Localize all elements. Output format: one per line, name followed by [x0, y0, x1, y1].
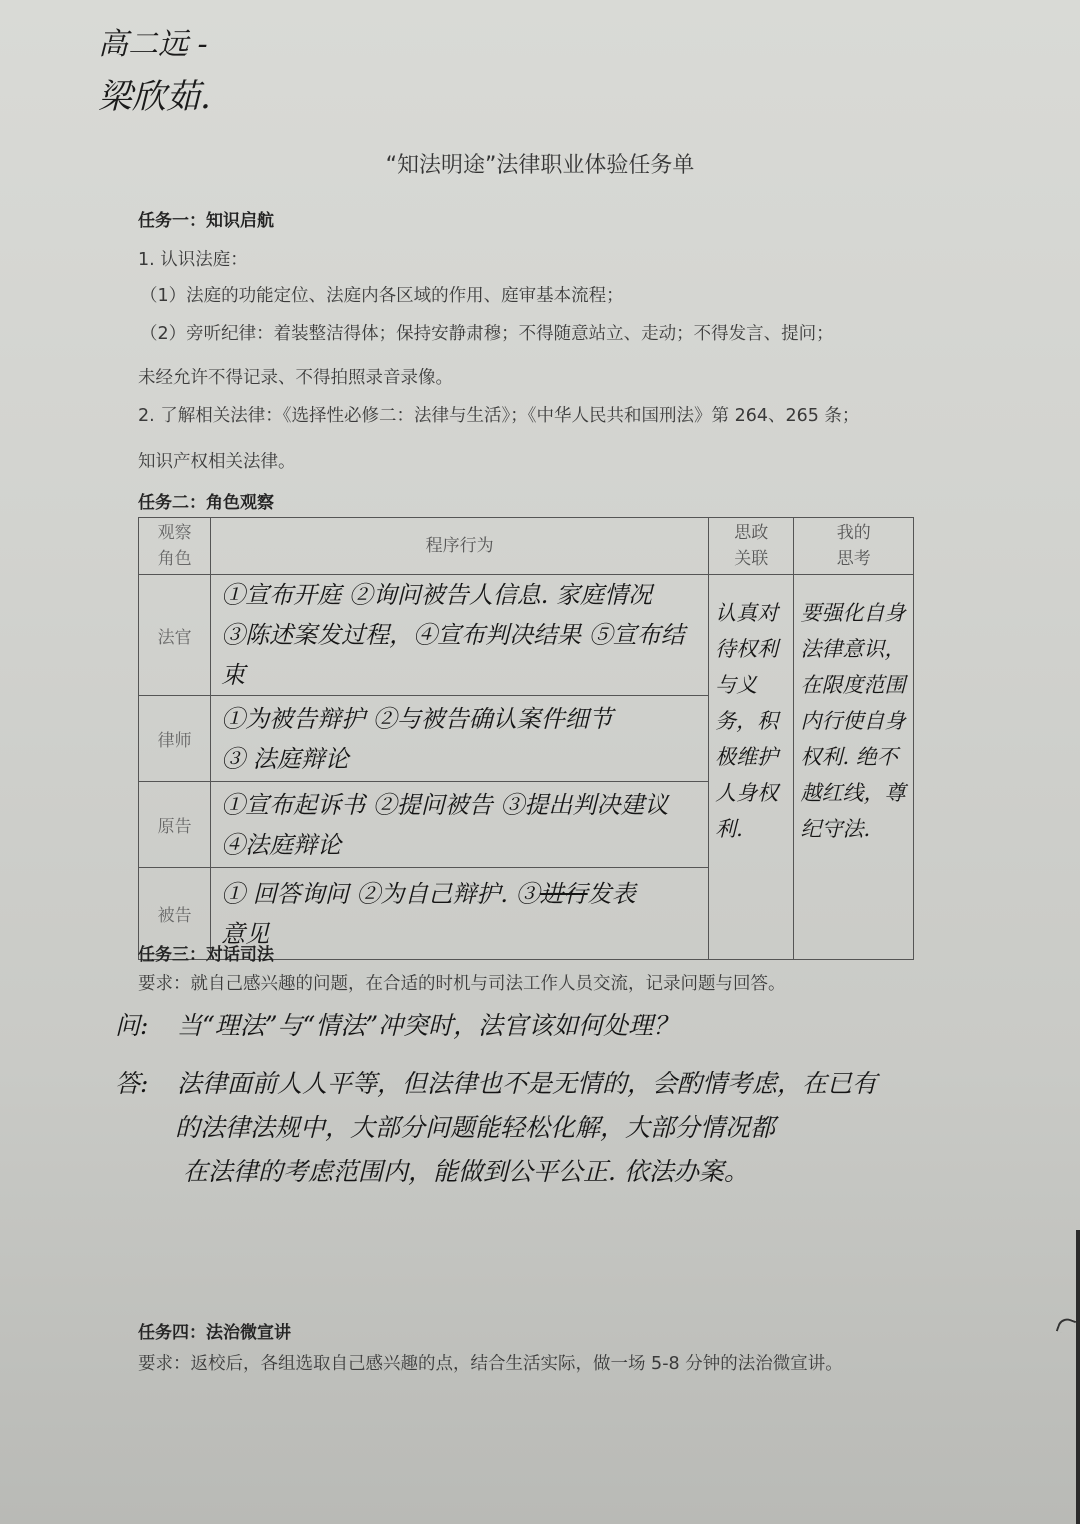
answer-label: 答: — [115, 1062, 177, 1106]
my-thinking-cell: 要强化自身法律意识，在限度范围内行使自身权利. 绝不越红线，尊纪守法. — [794, 575, 914, 960]
task1-item-4: 未经允许不得记录、不得拍照录音录像。 — [138, 364, 948, 389]
handwritten-student-name: 梁欣茹. — [98, 82, 211, 112]
header-procedure: 程序行为 — [211, 518, 709, 575]
header-ideology-line1: 思政 — [734, 523, 768, 543]
header-role-line2: 角色 — [158, 549, 192, 569]
header-thinking-line1: 我的 — [837, 523, 871, 543]
question-block: 问:当“理法”与“情法”冲突时，法官该如何处理？ — [115, 1006, 678, 1042]
answer-block: 答:法律面前人人平等，但法律也不是无情的，会酌情考虑，在已有 的法律法规中，大部… — [115, 1062, 915, 1194]
task3-requirement: 要求：就自己感兴趣的问题，在合适的时机与司法工作人员交流，记录问题与回答。 — [138, 970, 948, 995]
handwritten-class: 高二远 - — [98, 30, 211, 60]
header-thinking: 我的 思考 — [794, 518, 914, 575]
procedure-judge: ①宣布开庭 ②询问被告人信息. 家庭情况 ③陈述案发过程，④宣布判决结果 ⑤宣布… — [211, 575, 709, 696]
ideology-connection-cell: 认真对待权利与义务，积极维护人身权利. — [709, 575, 794, 960]
procedure-line: ①为被告辩护 ②与被告确认案件细节 — [221, 705, 613, 733]
handwritten-header: 高二远 - 梁欣茹. — [98, 30, 211, 112]
document-title: “知法明途”法律职业体验任务单 — [0, 148, 1080, 179]
table-row: 法官 ①宣布开庭 ②询问被告人信息. 家庭情况 ③陈述案发过程，④宣布判决结果 … — [139, 575, 914, 696]
header-ideology: 思政 关联 — [709, 518, 794, 575]
header-role-line1: 观察 — [158, 523, 192, 543]
task4-heading: 任务四：法治微宣讲 — [138, 1318, 291, 1343]
task1-item-6: 知识产权相关法律。 — [138, 448, 948, 473]
header-ideology-line2: 关联 — [734, 549, 768, 569]
task3-heading: 任务三：对话司法 — [138, 940, 274, 965]
header-thinking-line2: 思考 — [837, 549, 871, 569]
procedure-defendant: ① 回答询问 ②为自己辩护. ③进行发表 意见 — [211, 868, 709, 960]
role-lawyer: 律师 — [139, 696, 211, 782]
role-plaintiff: 原告 — [139, 782, 211, 868]
procedure-line: ①宣布起诉书 ②提问被告 ③提出判决建议 — [221, 791, 668, 819]
task1-item-1: 1. 认识法庭： — [138, 246, 948, 271]
answer-line: 在法律的考虑范围内，能做到公平公正. 依法办案。 — [115, 1150, 915, 1194]
procedure-line: ③陈述案发过程，④宣布判决结果 ⑤宣布结束 — [221, 621, 685, 689]
task1-item-3: （2）旁听纪律：着装整洁得体；保持安静肃穆；不得随意站立、走动；不得发言、提问； — [140, 320, 950, 345]
procedure-line: ①宣布开庭 ②询问被告人信息. 家庭情况 — [221, 581, 652, 609]
procedure-lawyer: ①为被告辩护 ②与被告确认案件细节 ③ 法庭辩论 — [211, 696, 709, 782]
role-observation-table: 观察 角色 程序行为 思政 关联 我的 思考 法官 ①宣布开庭 ②询问被告人信息… — [138, 517, 914, 960]
task1-item-5: 2. 了解相关法律：《选择性必修二：法律与生活》；《中华人民共和国刑法》第 26… — [138, 402, 948, 427]
task1-item-2: （1）法庭的功能定位、法庭内各区域的作用、庭审基本流程； — [140, 282, 950, 307]
answer-line: 答:法律面前人人平等，但法律也不是无情的，会酌情考虑，在已有 — [115, 1062, 915, 1106]
procedure-line: ① 回答询问 ②为自己辩护. ③ — [221, 880, 540, 908]
answer-line: 的法律法规中，大部分问题能轻松化解，大部分情况都 — [115, 1106, 915, 1150]
question-label: 问: — [115, 1006, 177, 1042]
procedure-line: ③ 法庭辩论 — [221, 745, 349, 773]
task4-requirement: 要求：返校后，各组选取自己感兴趣的点，结合生活实际，做一场 5-8 分钟的法治微… — [138, 1350, 948, 1375]
procedure-line: ④法庭辩论 — [221, 831, 341, 859]
procedure-plaintiff: ①宣布起诉书 ②提问被告 ③提出判决建议 ④法庭辩论 — [211, 782, 709, 868]
page-edge-shadow — [1076, 1230, 1080, 1524]
question-text: 当“理法”与“情法”冲突时，法官该如何处理？ — [177, 1011, 678, 1040]
struck-text: 进行 — [540, 880, 588, 908]
procedure-line: 发表 — [588, 880, 636, 908]
role-judge: 法官 — [139, 575, 211, 696]
task1-heading: 任务一：知识启航 — [138, 206, 274, 231]
header-role: 观察 角色 — [139, 518, 211, 575]
task2-heading: 任务二：角色观察 — [138, 488, 274, 513]
table-header-row: 观察 角色 程序行为 思政 关联 我的 思考 — [139, 518, 914, 575]
pen-mark — [1056, 1316, 1077, 1337]
answer-text: 法律面前人人平等，但法律也不是无情的，会酌情考虑，在已有 — [177, 1069, 877, 1098]
